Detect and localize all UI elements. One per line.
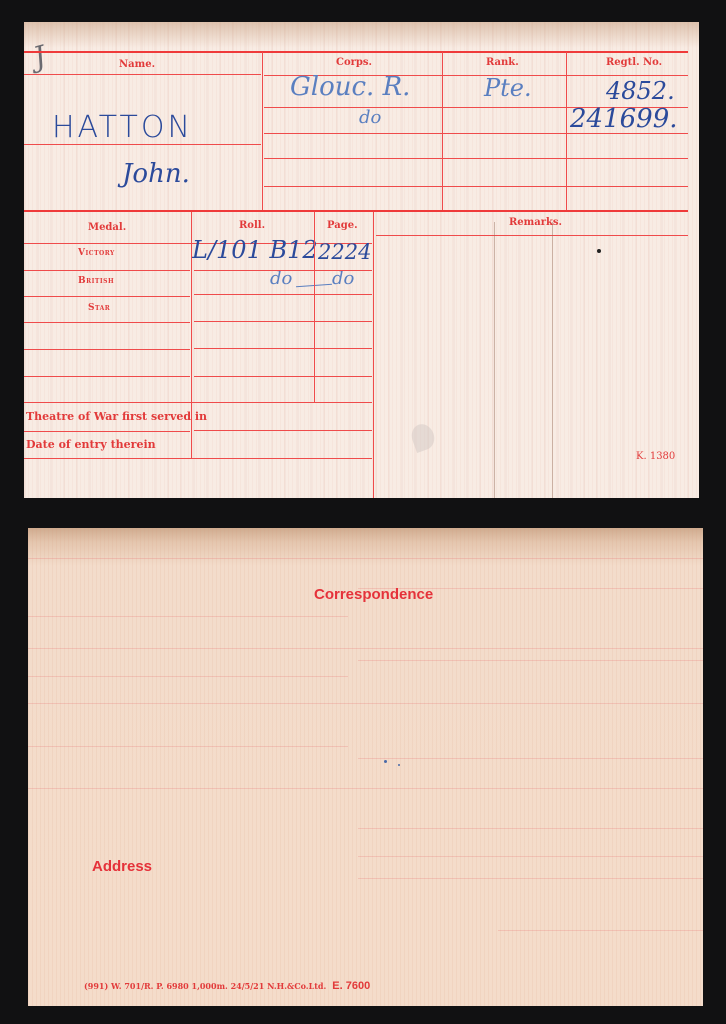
regtl-no-header: Regtl. No. xyxy=(606,57,662,68)
medal-row-rule-1 xyxy=(24,270,190,271)
victory-roll-entry: L/101 B12 xyxy=(192,236,318,264)
watermark-leaf-icon xyxy=(408,421,438,453)
crease-line-1 xyxy=(494,222,495,498)
roll-row-rule-5 xyxy=(194,376,372,377)
rank-regtl-divider xyxy=(566,52,567,210)
ghost-line xyxy=(358,660,703,661)
british-page-entry: do xyxy=(332,268,354,289)
corps-rule-4 xyxy=(264,186,688,187)
ghost-line xyxy=(358,856,703,857)
address-label: Address xyxy=(92,858,152,875)
correspondence-label: Correspondence xyxy=(314,586,433,603)
medal-victory: Victory xyxy=(78,248,115,258)
medal-row-rule-4 xyxy=(24,349,190,350)
corps-header: Corps. xyxy=(336,57,372,68)
imprint-text: (991) W. 701/R. P. 6980 1,000m. 24/5/21 … xyxy=(84,981,326,991)
theatre-label: Theatre of War first served in xyxy=(26,410,207,423)
medal-header: Medal. xyxy=(88,222,126,233)
section-rule xyxy=(24,210,688,212)
date-bottom-rule xyxy=(24,458,372,459)
corps-entry-2: do xyxy=(359,107,381,128)
regtl-no-entry-1: 4852. xyxy=(606,77,675,105)
ghost-line xyxy=(28,746,348,747)
forename-entry: John. xyxy=(122,159,190,189)
medal-row-rule-5 xyxy=(24,376,190,377)
date-label: Date of entry therein xyxy=(26,438,156,451)
ghost-line xyxy=(28,676,348,677)
ghost-line xyxy=(28,616,348,617)
ghost-line xyxy=(28,648,703,649)
name-corps-divider xyxy=(262,52,263,210)
ghost-line xyxy=(28,788,703,789)
ink-spot xyxy=(597,249,601,253)
surname-entry: HATTON xyxy=(52,110,193,145)
ghost-line xyxy=(28,558,703,559)
page-remarks-divider xyxy=(373,212,374,498)
corps-rank-divider xyxy=(442,52,443,210)
name-header-rule xyxy=(24,74,261,75)
theatre-rule xyxy=(24,402,372,403)
rank-entry: Pte. xyxy=(484,74,532,102)
ghost-line xyxy=(358,828,703,829)
roll-row-rule-3 xyxy=(194,321,372,322)
roll-row-rule-4 xyxy=(194,348,372,349)
medal-card-front: J Name. Corps. Rank. Regtl. No. HATTON J… xyxy=(24,22,699,498)
roll-row-rule-1 xyxy=(194,270,372,271)
medal-star: Star xyxy=(88,303,110,313)
regtl-no-entry-2: 241699. xyxy=(570,104,678,134)
ink-speck xyxy=(384,760,387,763)
ghost-line xyxy=(498,930,703,931)
medal-british: British xyxy=(78,276,114,286)
date-rule xyxy=(24,431,190,432)
corps-entry-1: Glouc. R. xyxy=(290,72,410,102)
roll-page-divider xyxy=(314,212,315,402)
date-value-rule xyxy=(194,430,372,431)
medal-row-rule-2 xyxy=(24,296,190,297)
imprint-code: E. 7600 xyxy=(332,980,370,992)
rank-header: Rank. xyxy=(486,57,519,68)
name-header: Name. xyxy=(119,59,155,70)
card-stain xyxy=(24,22,699,48)
roll-header: Roll. xyxy=(239,220,265,231)
ghost-line xyxy=(358,758,703,759)
ghost-line xyxy=(28,703,703,704)
victory-page-entry: 2224 xyxy=(318,240,371,264)
top-rule xyxy=(24,51,688,53)
ghost-line xyxy=(358,878,703,879)
printer-imprint: (991) W. 701/R. P. 6980 1,000m. 24/5/21 … xyxy=(84,980,370,992)
form-number: K. 1380 xyxy=(636,451,675,462)
crease-line-2 xyxy=(552,222,553,498)
medal-row-rule-3 xyxy=(24,322,190,323)
corps-rule-3 xyxy=(264,158,688,159)
roll-row-rule-2 xyxy=(194,294,372,295)
medal-card-back: Correspondence Address (991) W. 701/R. P… xyxy=(28,528,703,1006)
remarks-header: Remarks. xyxy=(509,217,562,228)
remarks-header-rule xyxy=(376,235,688,236)
ink-speck xyxy=(398,764,400,766)
page-header: Page. xyxy=(327,220,358,231)
british-roll-entry: do xyxy=(270,268,292,289)
